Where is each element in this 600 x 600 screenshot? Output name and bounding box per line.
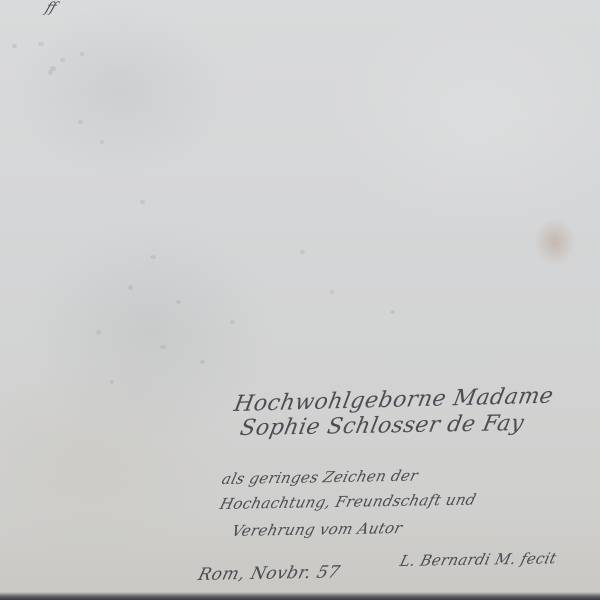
- paper-sheet: ff Hochwohlgeborne Madame Sophie Schloss…: [0, 0, 600, 600]
- inscription-line-5: Verehrung vom Autor: [230, 519, 404, 540]
- inscription-line-recipient: Sophie Schlosser de Fay: [238, 411, 526, 441]
- inscription-place-date: Rom, Novbr. 57: [196, 562, 342, 585]
- inscription-signature: L. Bernardi M. fecit: [398, 549, 559, 570]
- inscription-line-3: als geringes Zeichen der: [220, 467, 420, 488]
- handwritten-inscription: Hochwohlgeborne Madame Sophie Schlosser …: [0, 0, 600, 600]
- paper-bottom-edge: [0, 592, 600, 600]
- inscription-line-4: Hochachtung, Freundschaft und: [218, 490, 478, 513]
